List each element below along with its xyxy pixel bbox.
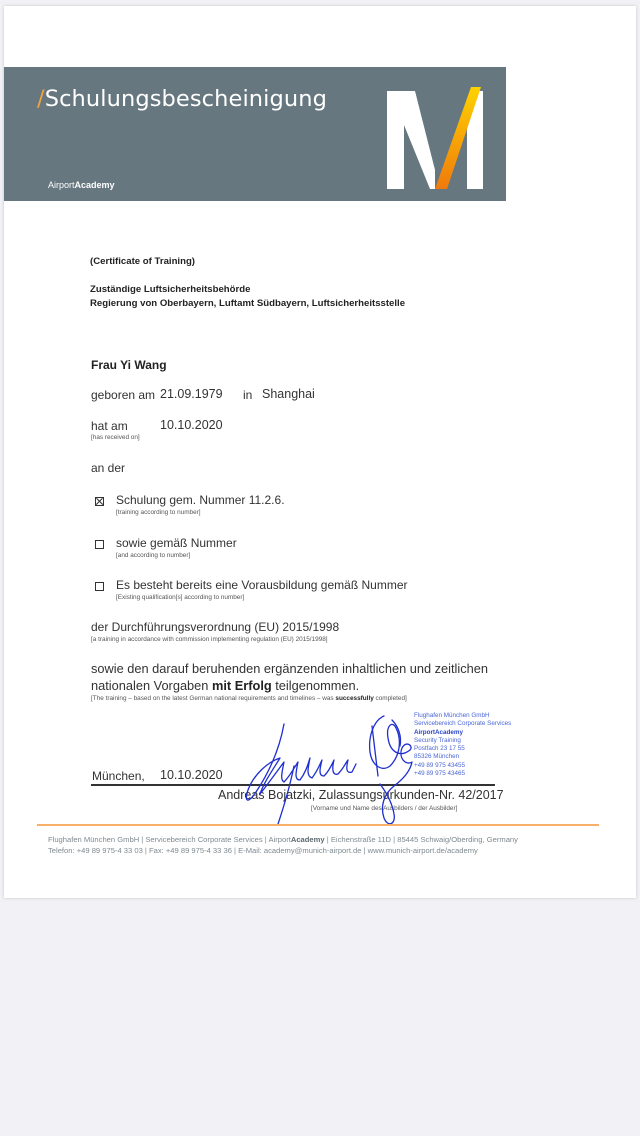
stamp-line: Postfach 23 17 55 (414, 745, 511, 753)
certificate-subtitle: (Certificate of Training) (90, 256, 195, 267)
option-translation-2: [and according to number] (116, 552, 190, 559)
received-translation: [has received on] (91, 434, 140, 441)
stamp-line: +49 89 975 43465 (414, 770, 511, 778)
title-slash: / (37, 86, 45, 112)
stamp-academy-prefix: Airport (414, 729, 435, 736)
signer-translation: [Vorname und Name des Ausbilders / der A… (311, 805, 457, 812)
received-date: 10.10.2020 (160, 418, 223, 432)
signature-divider (91, 784, 495, 786)
trainee-name: Frau Yi Wang (91, 358, 167, 372)
airport-academy-label: AirportAcademy (48, 180, 115, 190)
option-translation-3: [Existing qualification[s] according to … (116, 594, 244, 601)
certificate-page: /Schulungsbescheinigung AirportAcademy (… (4, 6, 636, 898)
in-label: in (243, 388, 252, 402)
signature-date: 10.10.2020 (160, 768, 223, 782)
certificate-title: /Schulungsbescheinigung (37, 86, 327, 112)
stamp-academy-bold: Academy (435, 729, 463, 736)
birth-date: 21.09.1979 (160, 387, 223, 401)
option-label-1: Schulung gem. Nummer 11.2.6. (116, 493, 285, 507)
stamp-line: Flughafen München GmbH (414, 712, 511, 720)
stamp-line: +49 89 975 43455 (414, 762, 511, 770)
title-text: Schulungsbescheinigung (45, 86, 327, 112)
stamp-line: Servicebereich Corporate Services (414, 720, 511, 728)
option-checkbox-2 (95, 540, 104, 549)
completion-post: teilgenommen. (272, 678, 360, 693)
an-der-label: an der (91, 461, 125, 475)
birth-place: Shanghai (262, 387, 315, 401)
signer-name: Andreas Bojatzki, Zulassungsurkunden-Nr.… (218, 788, 504, 802)
completion-tr-post: completed] (374, 695, 407, 702)
footer-post: | Eichenstraße 11D | 85445 Schwaig/Oberd… (325, 835, 518, 844)
regulation-translation: [a training in accordance with commissio… (91, 636, 328, 643)
footer-line-2: Telefon: +49 89 975-4 33 03 | Fax: +49 8… (48, 846, 518, 857)
completion-pre: nationalen Vorgaben (91, 678, 212, 693)
header-banner: /Schulungsbescheinigung AirportAcademy (4, 67, 506, 201)
option-checkbox-3 (95, 582, 104, 591)
completion-bold: mit Erfolg (212, 678, 272, 693)
handwritten-signature-icon (234, 706, 434, 836)
academy-prefix: Airport (48, 180, 75, 190)
footer-bold: Academy (291, 835, 325, 844)
option-label-3: Es besteht bereits eine Vorausbildung ge… (116, 578, 408, 592)
option-translation-1: [training according to number] (116, 509, 201, 516)
completion-translation: [The training – based on the latest Germ… (91, 695, 407, 702)
footer-line-1: Flughafen München GmbH | Servicebereich … (48, 835, 518, 846)
munich-airport-logo-icon (387, 85, 483, 189)
authority-label: Zuständige Luftsicherheitsbehörde (90, 284, 250, 295)
stamp-line: 85326 München (414, 753, 511, 761)
option-label-2: sowie gemäß Nummer (116, 536, 237, 550)
company-stamp: Flughafen München GmbH Servicebereich Co… (414, 712, 511, 778)
signature-place: München, (92, 769, 145, 783)
received-label: hat am (91, 419, 128, 433)
option-checkbox-1 (95, 497, 104, 506)
footer-pre: Flughafen München GmbH | Servicebereich … (48, 835, 291, 844)
completion-tr-pre: [The training – based on the latest Germ… (91, 695, 335, 702)
born-label: geboren am (91, 388, 155, 402)
stamp-academy: AirportAcademy (414, 729, 511, 737)
completion-line-2: nationalen Vorgaben mit Erfolg teilgenom… (91, 678, 359, 693)
academy-bold: Academy (75, 180, 115, 190)
authority-name: Regierung von Oberbayern, Luftamt Südbay… (90, 298, 405, 309)
completion-tr-bold: successfully (335, 695, 373, 702)
stamp-line: Security Training (414, 737, 511, 745)
completion-line-1: sowie den darauf beruhenden ergänzenden … (91, 661, 488, 676)
footer-divider (37, 824, 599, 826)
footer-contact: Flughafen München GmbH | Servicebereich … (48, 835, 518, 856)
regulation-text: der Durchführungsverordnung (EU) 2015/19… (91, 620, 339, 634)
